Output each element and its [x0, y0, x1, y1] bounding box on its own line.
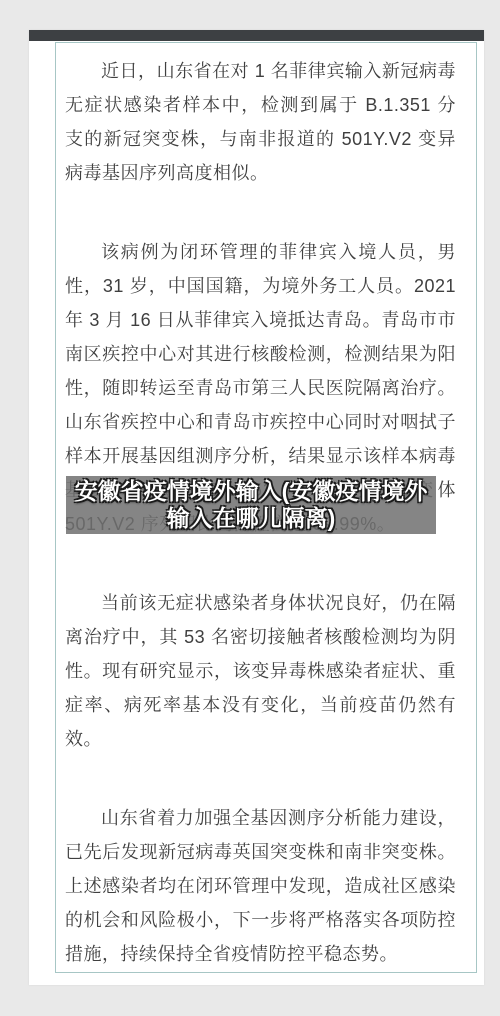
paragraph-4: 山东省着力加强全基因测序分析能力建设，已先后发现新冠病毒英国突变株和南非突变株。…	[65, 801, 456, 971]
watermark-title-line-1: 安徽省疫情境外输入(安徽疫情境外	[75, 478, 428, 505]
watermark-title-line-2: 输入在哪儿隔离)	[167, 505, 336, 532]
watermark-title-overlay: 安徽省疫情境外输入(安徽疫情境外 输入在哪儿隔离)	[66, 476, 436, 534]
card-top-bar	[29, 30, 484, 41]
paragraph-3: 当前该无症状感染者身体状况良好，仍在隔离治疗中，其 53 名密切接触者核酸检测均…	[65, 586, 456, 756]
article-page: 近日，山东省在对 1 名菲律宾输入新冠病毒无症状感染者样本中，检测到属于 B.1…	[0, 0, 500, 1016]
paragraph-1: 近日，山东省在对 1 名菲律宾输入新冠病毒无症状感染者样本中，检测到属于 B.1…	[65, 54, 456, 190]
